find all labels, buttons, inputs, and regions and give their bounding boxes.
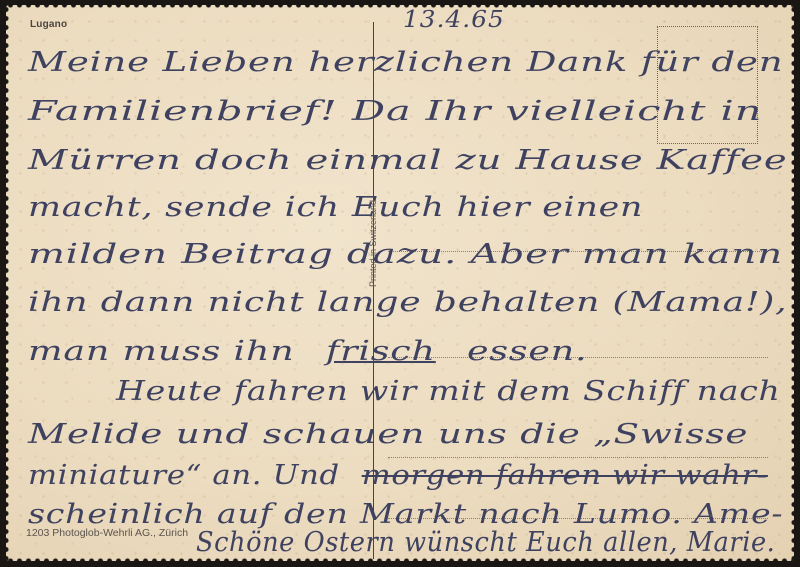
handwritten-line-9: Melide und schauen uns die „Swisse xyxy=(28,419,748,450)
handwritten-line-11: scheinlich auf den Markt nach Lumo. Ame- xyxy=(28,499,783,530)
line-7-start: man muss ihn xyxy=(28,336,295,367)
handwritten-line-7: man muss ihn frisch essen. xyxy=(28,336,587,367)
handwritten-line-1: Meine Lieben herzlichen Dank für den xyxy=(28,47,783,78)
handwritten-line-6: ihn dann nicht lange behalten (Mama!), xyxy=(28,287,787,318)
handwritten-line-10: miniature“ an. Und morgen fahren wir wah… xyxy=(28,460,768,491)
address-line-3 xyxy=(388,457,768,458)
handwritten-line-5: milden Beitrag dazu. Aber man kann xyxy=(28,239,783,270)
handwritten-line-8: Heute fahren wir mit dem Schiff nach xyxy=(116,376,781,407)
handwritten-closing: Schöne Ostern wünscht Euch allen, Marie. xyxy=(196,527,775,558)
struck-through-text: morgen fahren wir wahr- xyxy=(362,460,768,491)
handwritten-date: 13.4.65 xyxy=(403,7,505,33)
line-7-end: essen. xyxy=(467,336,587,367)
underlined-word-frisch: frisch xyxy=(326,336,436,367)
handwritten-line-2: Familienbrief! Da Ihr vielleicht in xyxy=(28,96,762,127)
place-label: Lugano xyxy=(30,19,67,30)
handwritten-line-4: macht, sende ich Euch hier einen xyxy=(28,192,643,223)
handwritten-line-3: Mürren doch einmal zu Hause Kaffee xyxy=(28,145,788,176)
line-10-start: miniature“ an. Und xyxy=(28,460,340,491)
postcard-back: Lugano Printed in Switzerland 13.4.65 Me… xyxy=(6,5,794,561)
publisher-imprint: 1203 Photoglob-Wehrli AG., Zürich xyxy=(26,527,188,539)
